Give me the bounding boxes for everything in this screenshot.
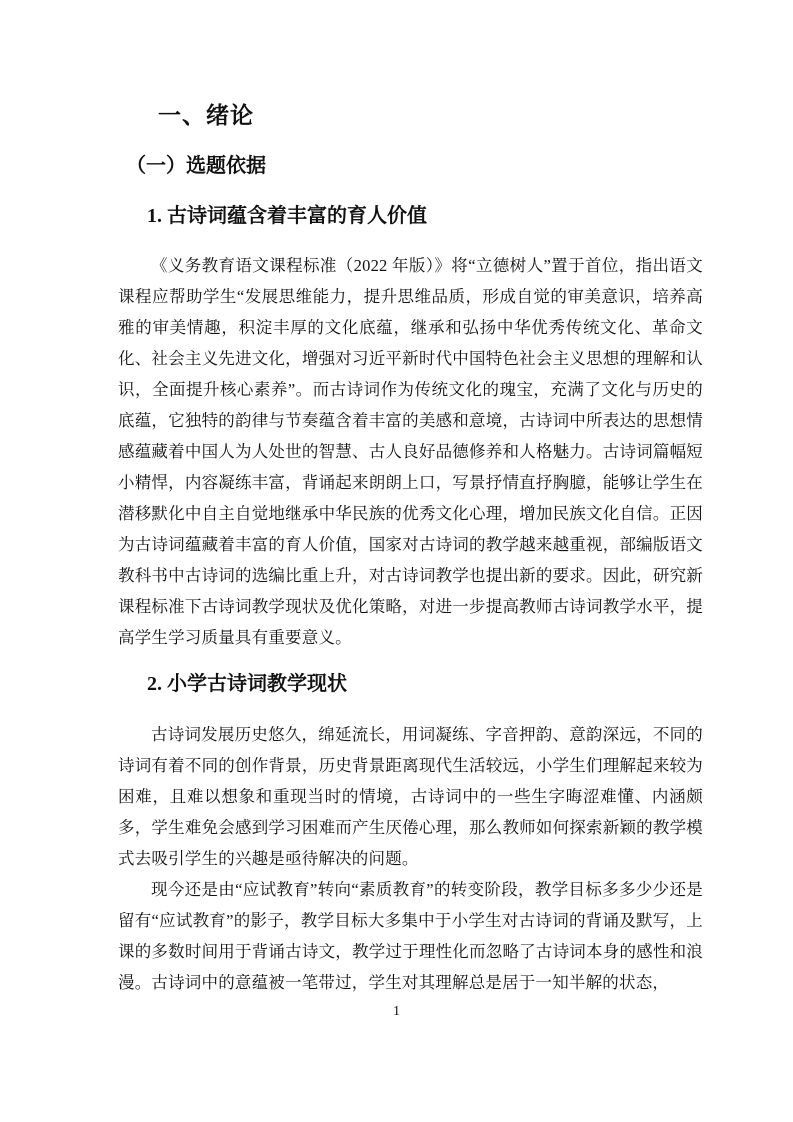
document-page: 一、绪论 （一）选题依据 1. 古诗词蕴含着丰富的育人价值 《义务教育语文课程标…	[0, 0, 793, 1122]
chapter-heading: 一、绪论	[158, 101, 254, 131]
subsection-1-paragraph: 《义务教育语文课程标准（2022 年版）》将“立德树人”置于首位，指出语文课程应…	[118, 250, 703, 653]
subsection-1-heading: 1. 古诗词蕴含着丰富的育人价值	[147, 203, 427, 230]
section-heading: （一）选题依据	[126, 153, 266, 180]
subsection-2-heading: 2. 小学古诗词教学现状	[147, 671, 347, 698]
subsection-2-paragraph-1: 古诗词发展历史悠久，绵延流长，用词凝练、字音押韵、意韵深远，不同的诗词有着不同的…	[118, 719, 703, 874]
page-number: 1	[0, 1003, 793, 1021]
subsection-2-paragraph-2: 现今还是由“应试教育”转向“素质教育”的转变阶段，教学目标多多少少还是留有“应试…	[118, 874, 703, 998]
